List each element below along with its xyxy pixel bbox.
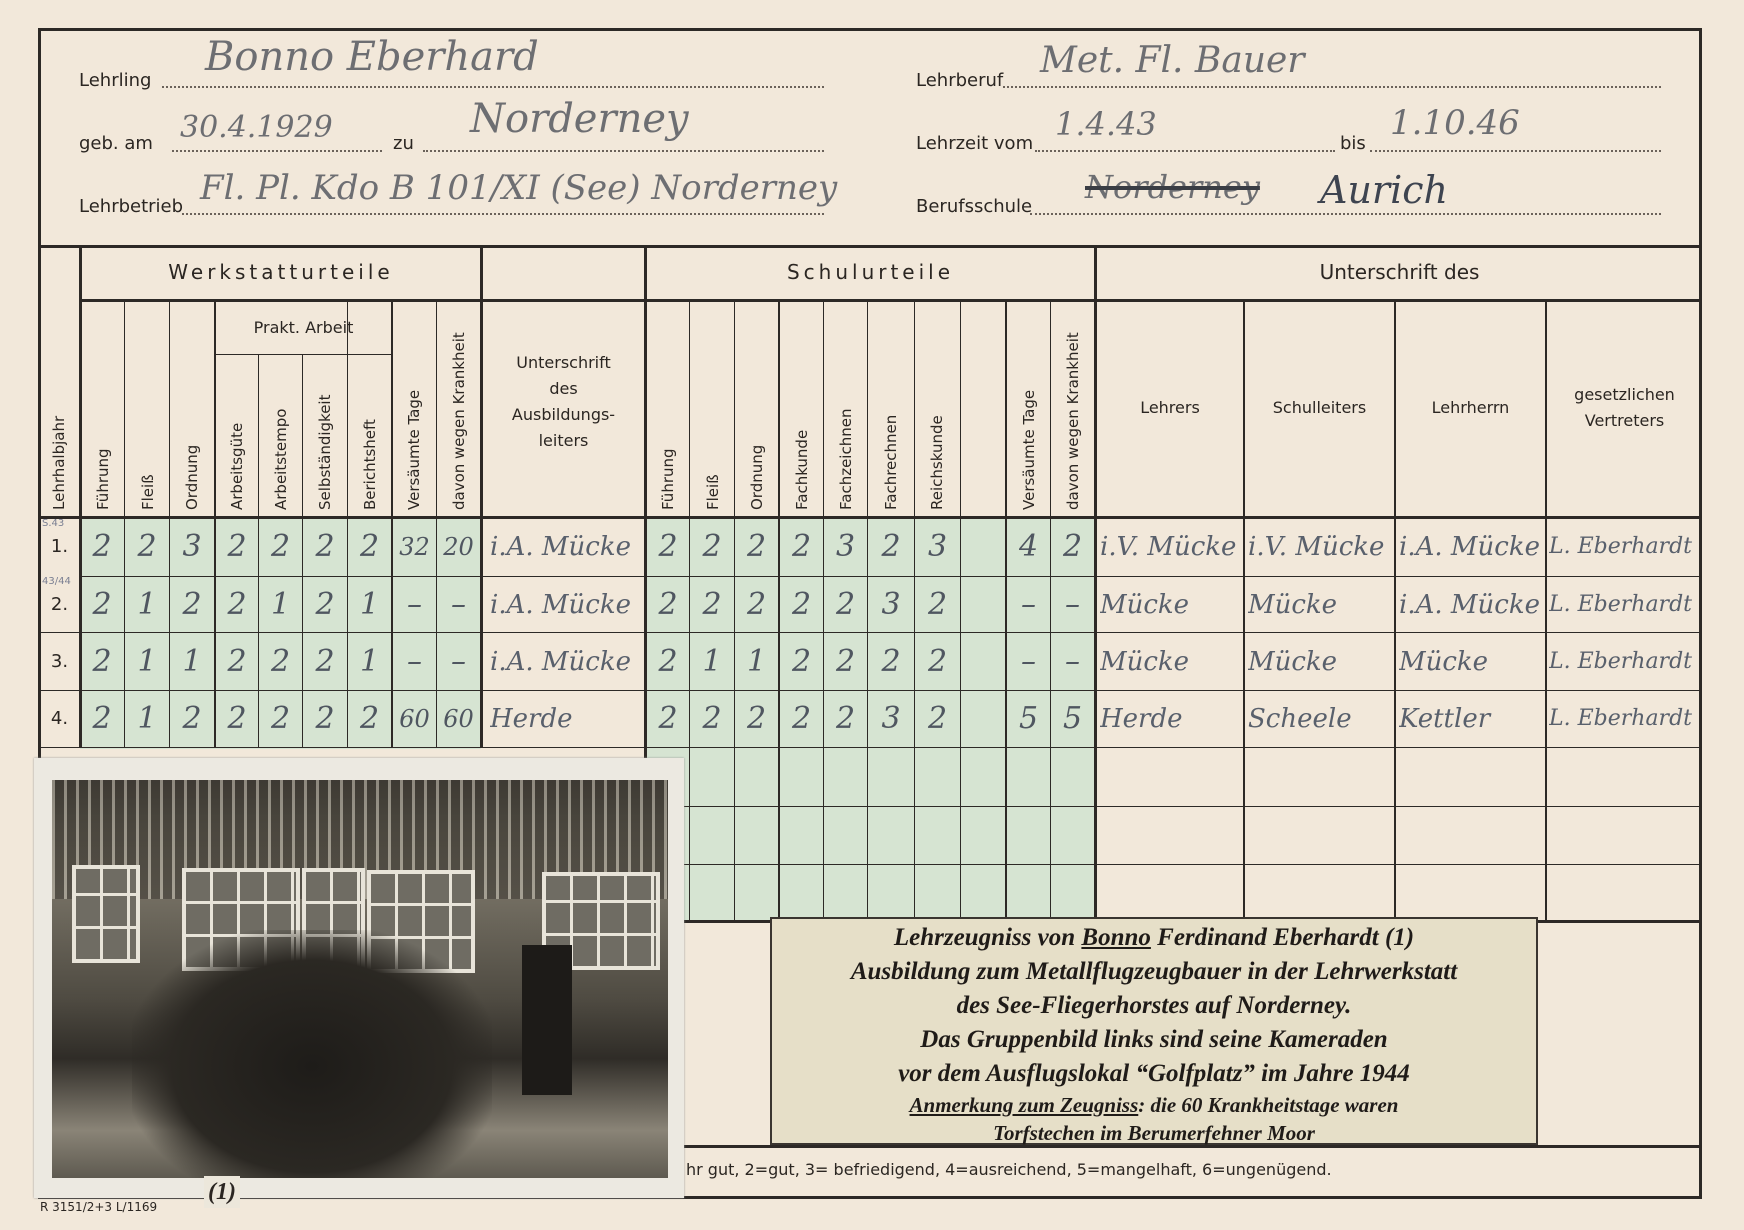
s-grade: 2 [735, 519, 778, 575]
vertreter-signature: L. Eberhardt [1549, 634, 1701, 690]
col-rule [1394, 300, 1396, 921]
lehrer-signature: Mücke [1100, 577, 1242, 633]
s-grade: 2 [735, 691, 778, 747]
w-col-ordnung: Ordnung [183, 430, 201, 510]
w-grade: 1 [348, 577, 391, 633]
w-grade: 2 [80, 634, 124, 690]
s-grade: 2 [868, 634, 914, 690]
w-grade: 3 [170, 519, 214, 575]
w-missed-days: – [393, 634, 436, 690]
w-col-fleiss: Fleiß [139, 430, 157, 510]
lehrzeit-from: 1.4.43 [1055, 105, 1157, 143]
w-grade: 2 [80, 691, 124, 747]
w-missed-days: 32 [393, 519, 436, 575]
s-grade: 2 [690, 519, 734, 575]
s-grade: 3 [915, 519, 960, 575]
ausbildungsleiter-header-line: Ausbildungs- [483, 402, 644, 428]
s-col-fachzeichnen: Fachzeichnen [837, 395, 855, 510]
w-grade: 2 [170, 691, 214, 747]
photo-label: (1) [204, 1176, 240, 1208]
s-grade: 2 [780, 691, 823, 747]
w-grade: 2 [80, 519, 124, 575]
doorway [522, 945, 572, 1095]
caption-name: Bonno [1081, 924, 1150, 951]
prakt-divider [215, 354, 392, 355]
lehrling-label: Lehrling [79, 70, 151, 91]
form-number: R 3151/2+3 L/1169 [40, 1200, 157, 1214]
u-col-lehrherrn: Lehrherrn [1396, 395, 1545, 421]
w-grade: 2 [303, 519, 347, 575]
row-note: S.43 [42, 518, 64, 529]
s-col-fachrechnen: Fachrechnen [882, 395, 900, 510]
s-missed-days: 4 [1007, 519, 1050, 575]
vertreter-signature: L. Eberhardt [1549, 577, 1701, 633]
s-grade: 2 [735, 577, 778, 633]
row-line [38, 747, 1702, 748]
w-grade: 1 [125, 634, 169, 690]
lehrzeit-label: Lehrzeit vom [916, 133, 1033, 154]
w-col-fuehrung: Führung [94, 430, 112, 510]
u-col-vertreter-line: Vertreters [1547, 408, 1702, 434]
bis-label: bis [1340, 133, 1366, 154]
s-grade: 2 [915, 634, 960, 690]
lehrherr-signature: Mücke [1399, 634, 1543, 690]
geb-line [172, 150, 382, 152]
s-col-krankheit: davon wegen Krankheit [1064, 305, 1082, 510]
w-sick-days: 20 [437, 519, 480, 575]
u-col-vertreter-line: gesetzlichen [1547, 382, 1702, 408]
lehrbetrieb-label: Lehrbetrieb [79, 196, 183, 217]
lehrherr-signature: Kettler [1399, 691, 1543, 747]
ausbildungsleiter-signature: i.A. Mücke [490, 634, 640, 690]
caption-text: Lehrzeugniss von [894, 924, 1082, 951]
w-grade: 1 [348, 634, 391, 690]
prakt-arbeit-header: Prakt. Arbeit [216, 315, 391, 341]
s-grade: 2 [824, 634, 867, 690]
caption-note-label: Anmerkung zum Zeugniss [910, 1093, 1139, 1117]
s-sick-days: 5 [1051, 691, 1094, 747]
lehrzeit-line [1035, 150, 1335, 152]
w-grade: 2 [259, 634, 302, 690]
w-col-krankheit: davon wegen Krankheit [450, 305, 468, 510]
s-grade: 2 [690, 691, 734, 747]
s-grade: 2 [915, 691, 960, 747]
w-sick-days: 60 [437, 691, 480, 747]
row-label: 4. [39, 691, 80, 747]
s-grade: 1 [690, 634, 734, 690]
s-grade: 2 [915, 577, 960, 633]
u-col-vertreter: gesetzlichen Vertreters [1547, 382, 1702, 434]
w-col-versaeumte-tage: Versäumte Tage [405, 360, 423, 510]
lehrbetrieb-value: Fl. Pl. Kdo B 101/XI (See) Norderney [200, 168, 837, 208]
lehrzeit-to: 1.10.46 [1390, 103, 1520, 143]
w-missed-days: 60 [393, 691, 436, 747]
lehrer-signature: Mücke [1100, 634, 1242, 690]
s-grade: 1 [735, 634, 778, 690]
ausbildungsleiter-header-line: leiters [483, 428, 644, 454]
col-rule [1094, 245, 1097, 921]
s-missed-days: – [1007, 577, 1050, 633]
s-sick-days: 2 [1051, 519, 1094, 575]
s-missed-days: – [1007, 634, 1050, 690]
geb-value: 30.4.1929 [180, 110, 333, 145]
ausbildungsleiter-signature: Herde [490, 691, 640, 747]
lehrherr-signature: i.A. Mücke [1399, 577, 1543, 633]
s-grade: 2 [780, 577, 823, 633]
berufsschule-struck: Norderney [1085, 168, 1260, 206]
w-grade: 2 [303, 577, 347, 633]
col-rule [960, 300, 961, 921]
caption-line: Lehrzeugniss von Bonno Ferdinand Eberhar… [772, 921, 1536, 955]
w-grade: 2 [216, 691, 258, 747]
s-col-fachkunde: Fachkunde [793, 410, 811, 510]
s-grade: 3 [824, 519, 867, 575]
lehrling-value: Bonno Eberhard [205, 34, 539, 80]
caption-line: Anmerkung zum Zeugniss: die 60 Krankheit… [772, 1091, 1536, 1119]
caption-line: Ausbildung zum Metallflugzeugbauer in de… [772, 955, 1536, 989]
group-photo-image [52, 780, 668, 1178]
w-col-arbeitsguete: Arbeitsgüte [228, 400, 246, 510]
caption-line: Torfstechen im Berumerfehner Moor [772, 1119, 1536, 1147]
w-grade: 2 [303, 691, 347, 747]
bis-line [1370, 150, 1661, 152]
vertreter-signature: L. Eberhardt [1549, 691, 1701, 747]
berufsschule-value: Aurich [1320, 168, 1448, 212]
col-rule [480, 245, 483, 748]
w-grade: 2 [80, 577, 124, 633]
s-col-versaeumte-tage: Versäumte Tage [1020, 360, 1038, 510]
lehrhalbjahr-header: Lehrhalbjahr [50, 400, 68, 510]
s-col-ordnung: Ordnung [748, 430, 766, 510]
s-grade: 3 [868, 577, 914, 633]
vertreter-signature: L. Eberhardt [1549, 519, 1701, 575]
w-col-arbeitstempo: Arbeitstempo [272, 400, 290, 510]
grade-legend: hr gut, 2=gut, 3= befriedigend, 4=ausrei… [686, 1160, 1332, 1179]
s-sick-days: – [1051, 577, 1094, 633]
werkstatt-header: Werkstatturteile [82, 260, 480, 284]
ausbildungsleiter-header-line: Unterschrift [483, 350, 644, 376]
lehrer-signature: Herde [1100, 691, 1242, 747]
w-grade: 2 [216, 634, 258, 690]
lehrherr-signature: i.A. Mücke [1399, 519, 1543, 575]
s-grade: 3 [868, 691, 914, 747]
ausbildungsleiter-signature: i.A. Mücke [490, 577, 640, 633]
w-missed-days: – [393, 577, 436, 633]
caption-text: : die 60 Krankheitstage waren [1138, 1093, 1398, 1117]
ausbildungsleiter-header-line: des [483, 376, 644, 402]
w-grade: 1 [125, 691, 169, 747]
s-col-fuehrung: Führung [659, 430, 677, 510]
ausbildungsleiter-header: Unterschrift des Ausbildungs- leiters [483, 350, 644, 454]
schulleiter-signature: Mücke [1248, 634, 1392, 690]
s-sick-days: – [1051, 634, 1094, 690]
berufsschule-line [1030, 213, 1661, 215]
unterschrift-header: Unterschrift des [1097, 260, 1702, 284]
s-col-fleiss: Fleiß [704, 430, 722, 510]
geb-label: geb. am [79, 133, 153, 154]
caption-line: Das Gruppenbild links sind seine Kamerad… [772, 1023, 1536, 1057]
w-sick-days: – [437, 577, 480, 633]
zu-value: Norderney [470, 96, 689, 142]
lehrer-signature: i.V. Mücke [1100, 519, 1242, 575]
s-grade: 2 [647, 691, 689, 747]
w-grade: 2 [303, 634, 347, 690]
row-line [645, 864, 1702, 865]
s-col-reichskunde: Reichskunde [928, 400, 946, 510]
s-grade: 2 [868, 519, 914, 575]
row-label: 3. [39, 634, 80, 690]
w-grade: 2 [216, 577, 258, 633]
lehrberuf-label: Lehrberuf [916, 70, 1003, 91]
berufsschule-label: Berufsschule [916, 196, 1032, 217]
caption-box: Lehrzeugniss von Bonno Ferdinand Eberhar… [770, 917, 1538, 1145]
w-grade: 2 [125, 519, 169, 575]
u-col-schulleiters: Schulleiters [1245, 395, 1394, 421]
caption-text: Ferdinand Eberhardt (1) [1151, 924, 1414, 951]
w-grade: 2 [259, 519, 302, 575]
w-grade: 2 [259, 691, 302, 747]
group-header-divider [80, 299, 1702, 302]
s-grade: 2 [824, 577, 867, 633]
row-line [645, 806, 1702, 807]
lehrberuf-line [1003, 86, 1661, 88]
w-col-selbstaendigkeit: Selbständigkeit [316, 380, 334, 510]
lehrbetrieb-line [182, 213, 824, 215]
schule-header: Schulurteile [647, 260, 1094, 284]
w-grade: 1 [170, 634, 214, 690]
group-of-people [132, 930, 492, 1178]
s-missed-days: 5 [1007, 691, 1050, 747]
s-grade: 2 [647, 634, 689, 690]
zu-line [423, 150, 824, 152]
col-rule [1243, 300, 1245, 921]
schulleiter-signature: Mücke [1248, 577, 1392, 633]
header-divider [38, 245, 1702, 248]
s-grade: 2 [780, 634, 823, 690]
u-col-lehrers: Lehrers [1097, 395, 1243, 421]
lehrberuf-value: Met. Fl. Bauer [1040, 40, 1305, 81]
caption-line: des See-Fliegerhorstes auf Norderney. [772, 989, 1536, 1023]
w-grade: 1 [125, 577, 169, 633]
w-col-berichtsheft: Berichtsheft [361, 400, 379, 510]
s-grade: 2 [647, 519, 689, 575]
w-grade: 2 [348, 691, 391, 747]
ausbildungsleiter-signature: i.A. Mücke [490, 519, 640, 575]
s-grade: 2 [690, 577, 734, 633]
window [72, 865, 140, 963]
lehrling-line [162, 86, 824, 88]
schulleiter-signature: i.V. Mücke [1248, 519, 1392, 575]
zu-label: zu [393, 133, 414, 154]
s-grade: 2 [780, 519, 823, 575]
caption-line: vor dem Ausflugslokal “Golfplatz” im Jah… [772, 1057, 1536, 1091]
w-grade: 2 [348, 519, 391, 575]
s-grade: 2 [824, 691, 867, 747]
w-grade: 2 [170, 577, 214, 633]
schulleiter-signature: Scheele [1248, 691, 1392, 747]
row-note: 43/44 [42, 576, 71, 587]
group-photo [34, 758, 684, 1198]
w-grade: 1 [259, 577, 302, 633]
s-grade: 2 [647, 577, 689, 633]
w-sick-days: – [437, 634, 480, 690]
w-grade: 2 [216, 519, 258, 575]
